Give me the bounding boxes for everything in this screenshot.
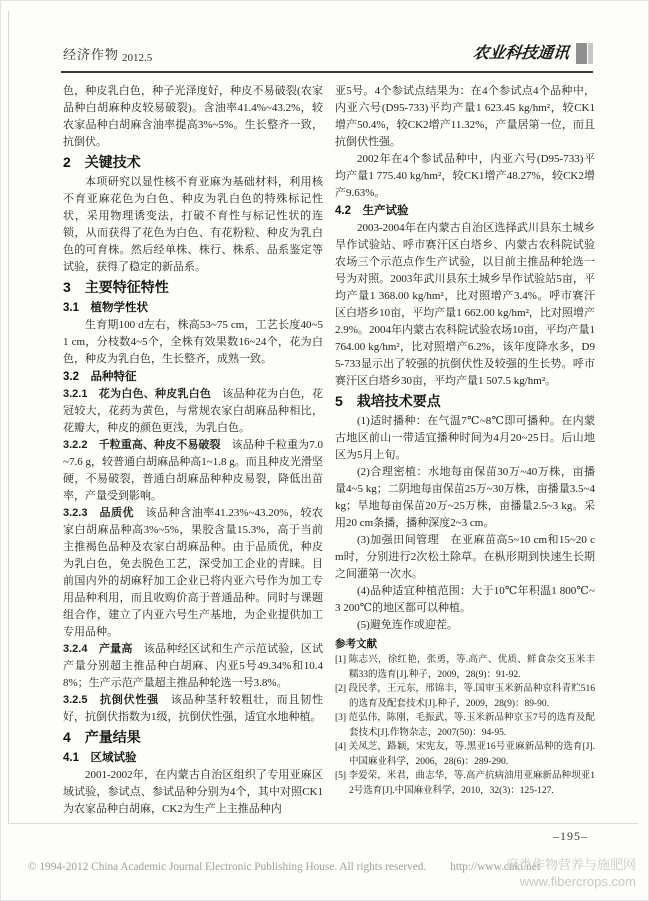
section-heading: 4 产量结果 (63, 727, 323, 748)
run-in-heading-label: 3.2.1 花为白色、种皮乳白色 (63, 388, 222, 400)
watermark-line2: www.fibercrops.com (506, 873, 636, 890)
run-in-heading-label: 3.2.2 千粒重高、种皮不易破裂 (63, 439, 232, 451)
reference-item: [4] 关凤芝，路颖，宋宪友，等.黑亚16号亚麻新品种的选育[J].中国麻业科学… (335, 740, 595, 769)
column-title-group: 经济作物2012.5 (63, 44, 152, 64)
paragraph: (1)适时播种：在气温7℃~8℃即可播种。在内蒙古地区前山一带适宜播种时间为4月… (335, 413, 595, 464)
run-in-heading-label: 3.2.5 抗倒伏性强 (63, 694, 171, 706)
run-in-heading-paragraph: 3.2.4 产量高 该品种经区试和生产示范试验，区试产量分别超主推品种白胡麻、内… (63, 641, 323, 692)
journal-page-scan: 经济作物2012.5 农业科技通讯 色，种皮乳白色，种子光泽度好，种皮不易破裂(… (0, 0, 649, 901)
paragraph: 生育期100 d左右，株高53~75 cm，工艺长度40~51 cm，分枝数4~… (63, 317, 323, 368)
copyright-text: © 1994-2012 China Academic Journal Elect… (28, 861, 426, 873)
run-in-heading-paragraph: 3.2.5 抗倒伏性强 该品种茎秆较粗壮，而且韧性好，抗倒伏指数为1级，抗倒伏性… (63, 692, 323, 726)
paragraph: 2002年在4个参试品种中，内亚六号(D95-733)平均产量1 775.40 … (335, 151, 595, 202)
subsection-heading: 3.1 植物学性状 (63, 299, 323, 317)
left-column: 色，种皮乳白色，种子光泽度好，种皮不易破裂(农家品种白胡麻种皮较易破裂)。含油率… (63, 83, 323, 821)
page-number: –195– (553, 829, 588, 844)
run-in-heading-paragraph: 3.2.3 品质优 该品种含油率41.23%~43.20%，较农家白胡麻品种高3… (63, 505, 323, 641)
paragraph: 2003-2004年在内蒙古自治区选择武川县东土城乡旱作试验站、呼市赛汗区白塔乡… (335, 220, 595, 390)
subsection-heading: 4.2 生产试验 (335, 202, 595, 220)
right-column: 亚5号。4个参试点结果为：在4个参试点4个品种中，内亚六号(D95-733)平均… (335, 83, 595, 821)
reference-item: [3] 范弘伟，陈刚，毛振武，等.玉米新品种京玉7号的选育及配套技术[J].作物… (335, 711, 595, 740)
reference-item: [5] 李爱荣，米君，曲志华，等.高产抗病油用亚麻新品种坝亚12号选育[J].中… (335, 769, 595, 798)
subsection-heading: 4.1 区域试验 (63, 749, 323, 767)
page-header: 经济作物2012.5 农业科技通讯 (63, 43, 593, 64)
run-in-heading-label: 3.2.3 品质优 (63, 507, 146, 519)
paragraph: (5)避免连作或迎茬。 (335, 617, 595, 634)
run-in-heading-paragraph: 3.2.1 花为白色、种皮乳白色 该品种花为白色，花冠较大，花药为黄色，与常规农… (63, 386, 323, 437)
section-heading: 3 主要特征特性 (63, 277, 323, 298)
journal-logo: 农业科技通讯 (473, 43, 593, 64)
logo-block-icon (576, 43, 587, 64)
reference-item: [2] 段民孝，王元东，邢锦丰，等.国审玉米新品种京科青贮516的选育及配套技术… (335, 682, 595, 711)
paragraph: (2)合理密植：水地每亩保苗30万~40万株，亩播量4~5 kg；二阴地每亩保苗… (335, 464, 595, 532)
references-heading: 参考文献 (335, 636, 595, 653)
scan-edge-bottom (8, 823, 638, 824)
paragraph: (3)加强田间管理 在亚麻苗高5~10 cm和15~20 cm时，分别进行2次松… (335, 532, 595, 583)
watermark: 麻类作物营养与施肥网 www.fibercrops.com (506, 856, 636, 890)
reference-item: [1] 陈志兴，徐红艳，张勇，等.高产、优质、鲜食杂交玉米丰糯33的选育[J].… (335, 653, 595, 682)
run-in-heading-label: 3.2.4 产量高 (63, 643, 144, 655)
article-body: 色，种皮乳白色，种子光泽度好，种皮不易破裂(农家品种白胡麻种皮较易破裂)。含油率… (63, 83, 595, 821)
paragraph: (4)品种适宜种植范围：大于10℃年积温1 800℃~3 200℃的地区都可以种… (335, 583, 595, 617)
subsection-heading: 3.2 品种特征 (63, 368, 323, 386)
paragraph: 本项研究以显性核不育亚麻为基础材料，利用核不育亚麻花色为白色、种皮为乳白色的特殊… (63, 174, 323, 276)
column-title: 经济作物 (63, 47, 119, 62)
paragraph: 亚5号。4个参试点结果为：在4个参试点4个品种中，内亚六号(D95-733)平均… (335, 83, 595, 151)
section-heading: 5 栽培技术要点 (335, 391, 595, 412)
issue-number: 2012.5 (122, 52, 152, 64)
scan-edge-left (8, 11, 9, 824)
section-heading: 2 关键技术 (63, 152, 323, 173)
journal-logo-text: 农业科技通讯 (472, 45, 570, 63)
paragraph: 2001-2002年，在内蒙古自治区组织了专用亚麻区域试验，参试点、参试品种分别… (63, 767, 323, 818)
header-rule (61, 71, 593, 73)
run-in-heading-paragraph: 3.2.2 千粒重高、种皮不易破裂 该品种千粒重为7.0~7.6 g，较普通白胡… (63, 437, 323, 505)
watermark-line1: 麻类作物营养与施肥网 (506, 856, 636, 873)
logo-block-light-icon (588, 43, 593, 64)
paragraph: 色，种皮乳白色，种子光泽度好，种皮不易破裂(农家品种白胡麻种皮较易破裂)。含油率… (63, 83, 323, 151)
